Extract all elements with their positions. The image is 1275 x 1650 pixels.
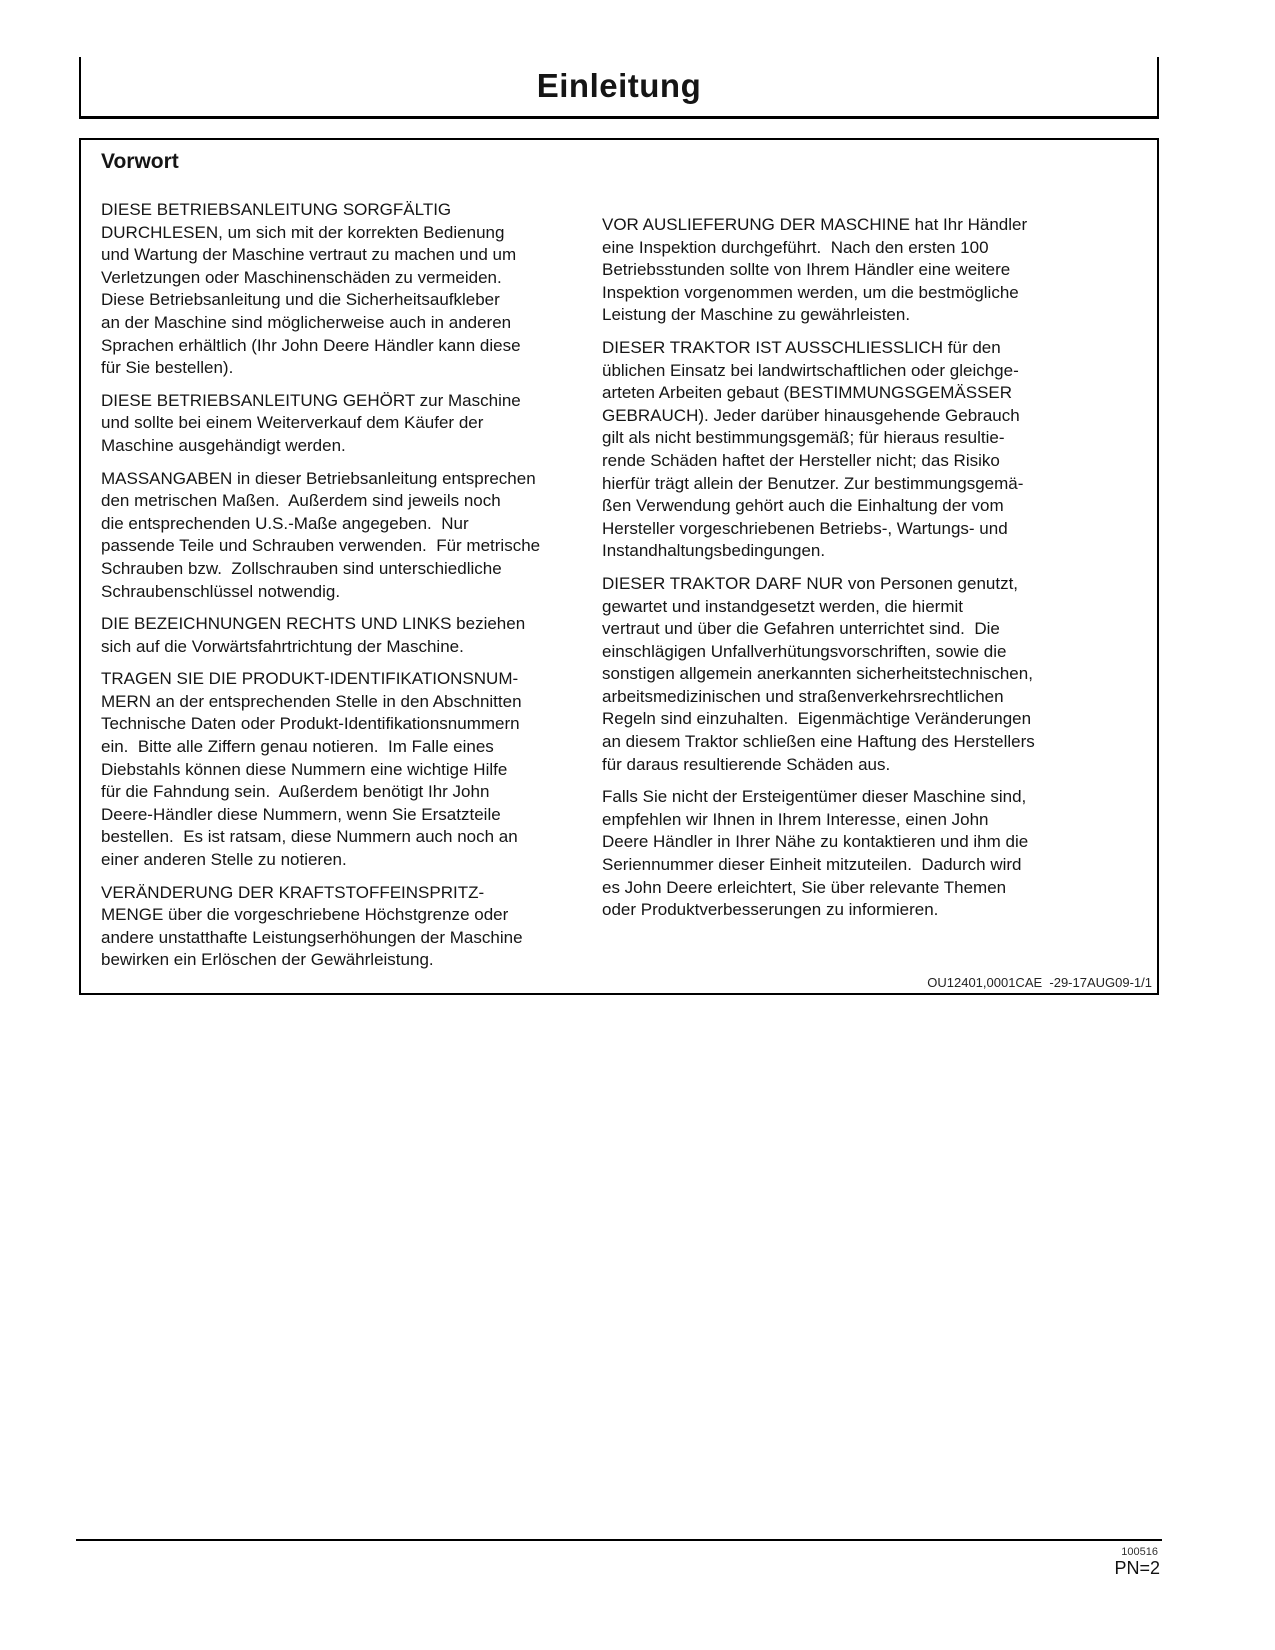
vorwort-heading: Vorwort — [101, 150, 179, 174]
section-title: Einleitung — [537, 67, 702, 107]
right-column: VOR AUSLIEFERUNG DER MASCHINE hat Ihr Hä… — [602, 199, 1147, 982]
paragraph: Falls Sie nicht der Ersteigentümer diese… — [602, 786, 1147, 922]
footer-divider — [76, 1539, 1162, 1541]
content-box: Vorwort DIESE BETRIEBSANLEITUNG SORGFÄLT… — [79, 138, 1159, 995]
paragraph: DIESER TRAKTOR IST AUSSCHLIESSLICH für d… — [602, 337, 1147, 563]
paragraph: TRAGEN SIE DIE PRODUKT-IDENTIFIKATIONSNU… — [101, 668, 602, 871]
paragraph: DIESE BETRIEBSANLEITUNG SORGFÄLTIG DURCH… — [101, 199, 602, 380]
paragraph: VOR AUSLIEFERUNG DER MASCHINE hat Ihr Hä… — [602, 214, 1147, 327]
page-number: PN=2 — [79, 1558, 1160, 1579]
paragraph: DIESER TRAKTOR DARF NUR von Personen gen… — [602, 573, 1147, 776]
paragraph: DIESE BETRIEBSANLEITUNG GEHÖRT zur Masch… — [101, 390, 602, 458]
paragraph: MASSANGABEN in dieser Betriebsanleitung … — [101, 468, 602, 604]
text-columns: DIESE BETRIEBSANLEITUNG SORGFÄLTIG DURCH… — [101, 199, 1147, 982]
section-header: Einleitung — [79, 57, 1159, 119]
left-column: DIESE BETRIEBSANLEITUNG SORGFÄLTIG DURCH… — [101, 199, 602, 982]
doc-code: OU12401,0001CAE -29-17AUG09-1/1 — [927, 975, 1152, 990]
print-code: 100516 — [79, 1546, 1158, 1558]
paragraph: VERÄNDERUNG DER KRAFTSTOFFEINSPRITZ- MEN… — [101, 882, 602, 972]
paragraph: DIE BEZEICHNUNGEN RECHTS UND LINKS bezie… — [101, 613, 602, 658]
